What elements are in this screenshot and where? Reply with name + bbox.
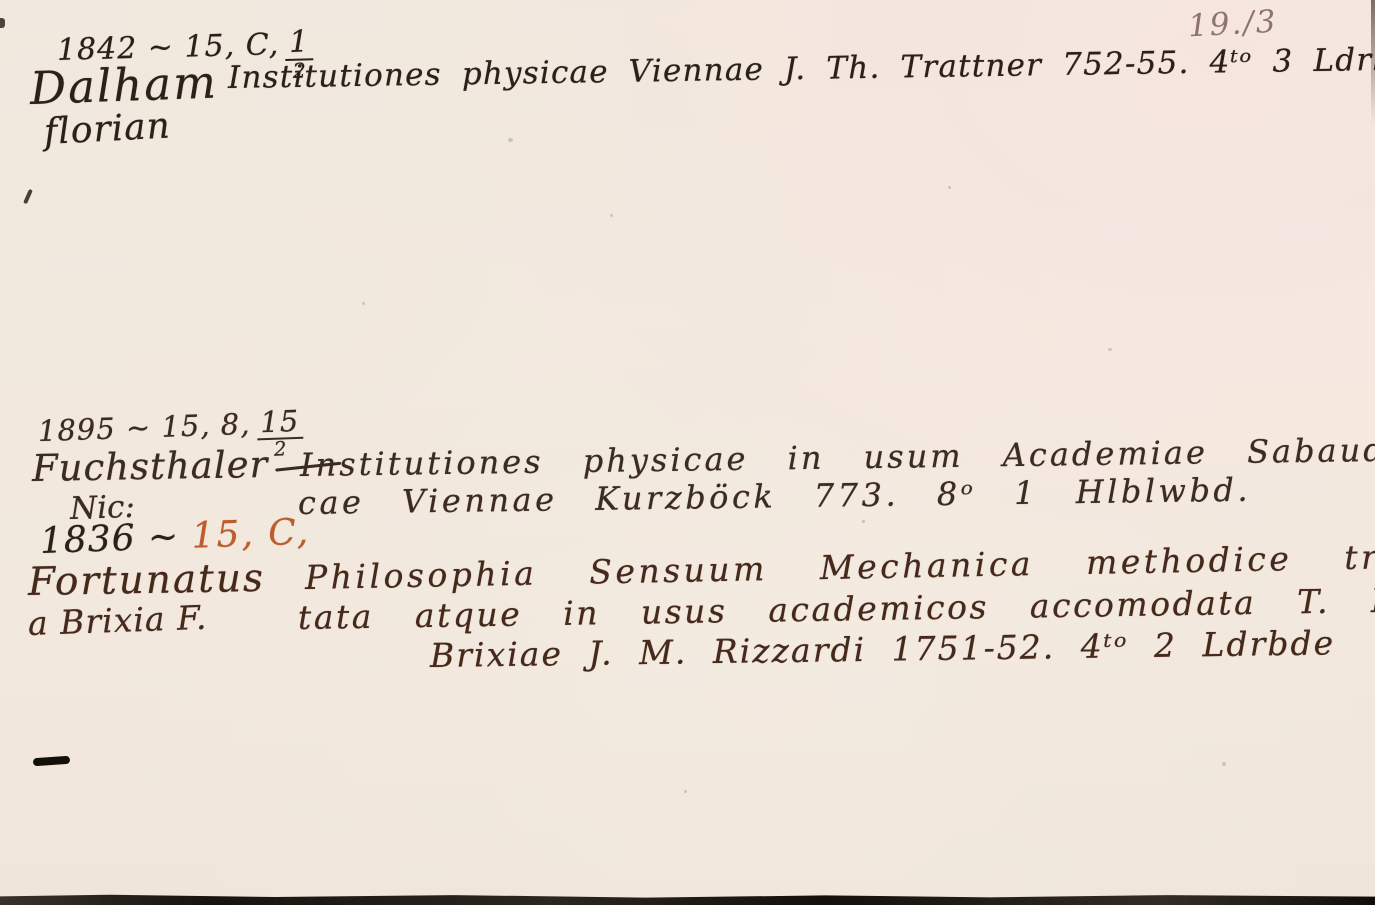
entry3-author-forename: a Brixia F. [27,598,208,643]
entry1-author-forename: florian [43,105,172,153]
paper-speckle [1222,762,1226,766]
entry2-author-surname-text: Fuchsthaler [32,443,269,490]
paper-speckle [684,790,687,793]
paper-speckle [610,214,613,217]
entry2-author-surname: Fuchsthaler [32,442,343,490]
entry1-author-surname: Dalham [29,55,219,115]
paper-speckle [508,138,513,142]
entry3-author-surname: Fortunatus [28,556,266,605]
stray-ink-mark [0,18,5,28]
paper-speckle [948,186,951,189]
entry2-shelfmark-prefix: 1895 ~ 15, 8, [37,407,251,448]
paper-speckle [862,520,865,523]
fraction-numerator: 15 [256,408,304,440]
pencil-page-number: 19./3 [1187,4,1278,45]
fraction-numerator: 1 [285,28,314,60]
entry3-shelfmark-prefix: 1836 ~ [39,516,180,562]
entry3-shelfmark-accent: 15, C, [191,512,311,557]
scan-edge-shadow [1371,0,1375,125]
paper-speckle [362,302,365,305]
paper-speckle [1108,348,1112,351]
